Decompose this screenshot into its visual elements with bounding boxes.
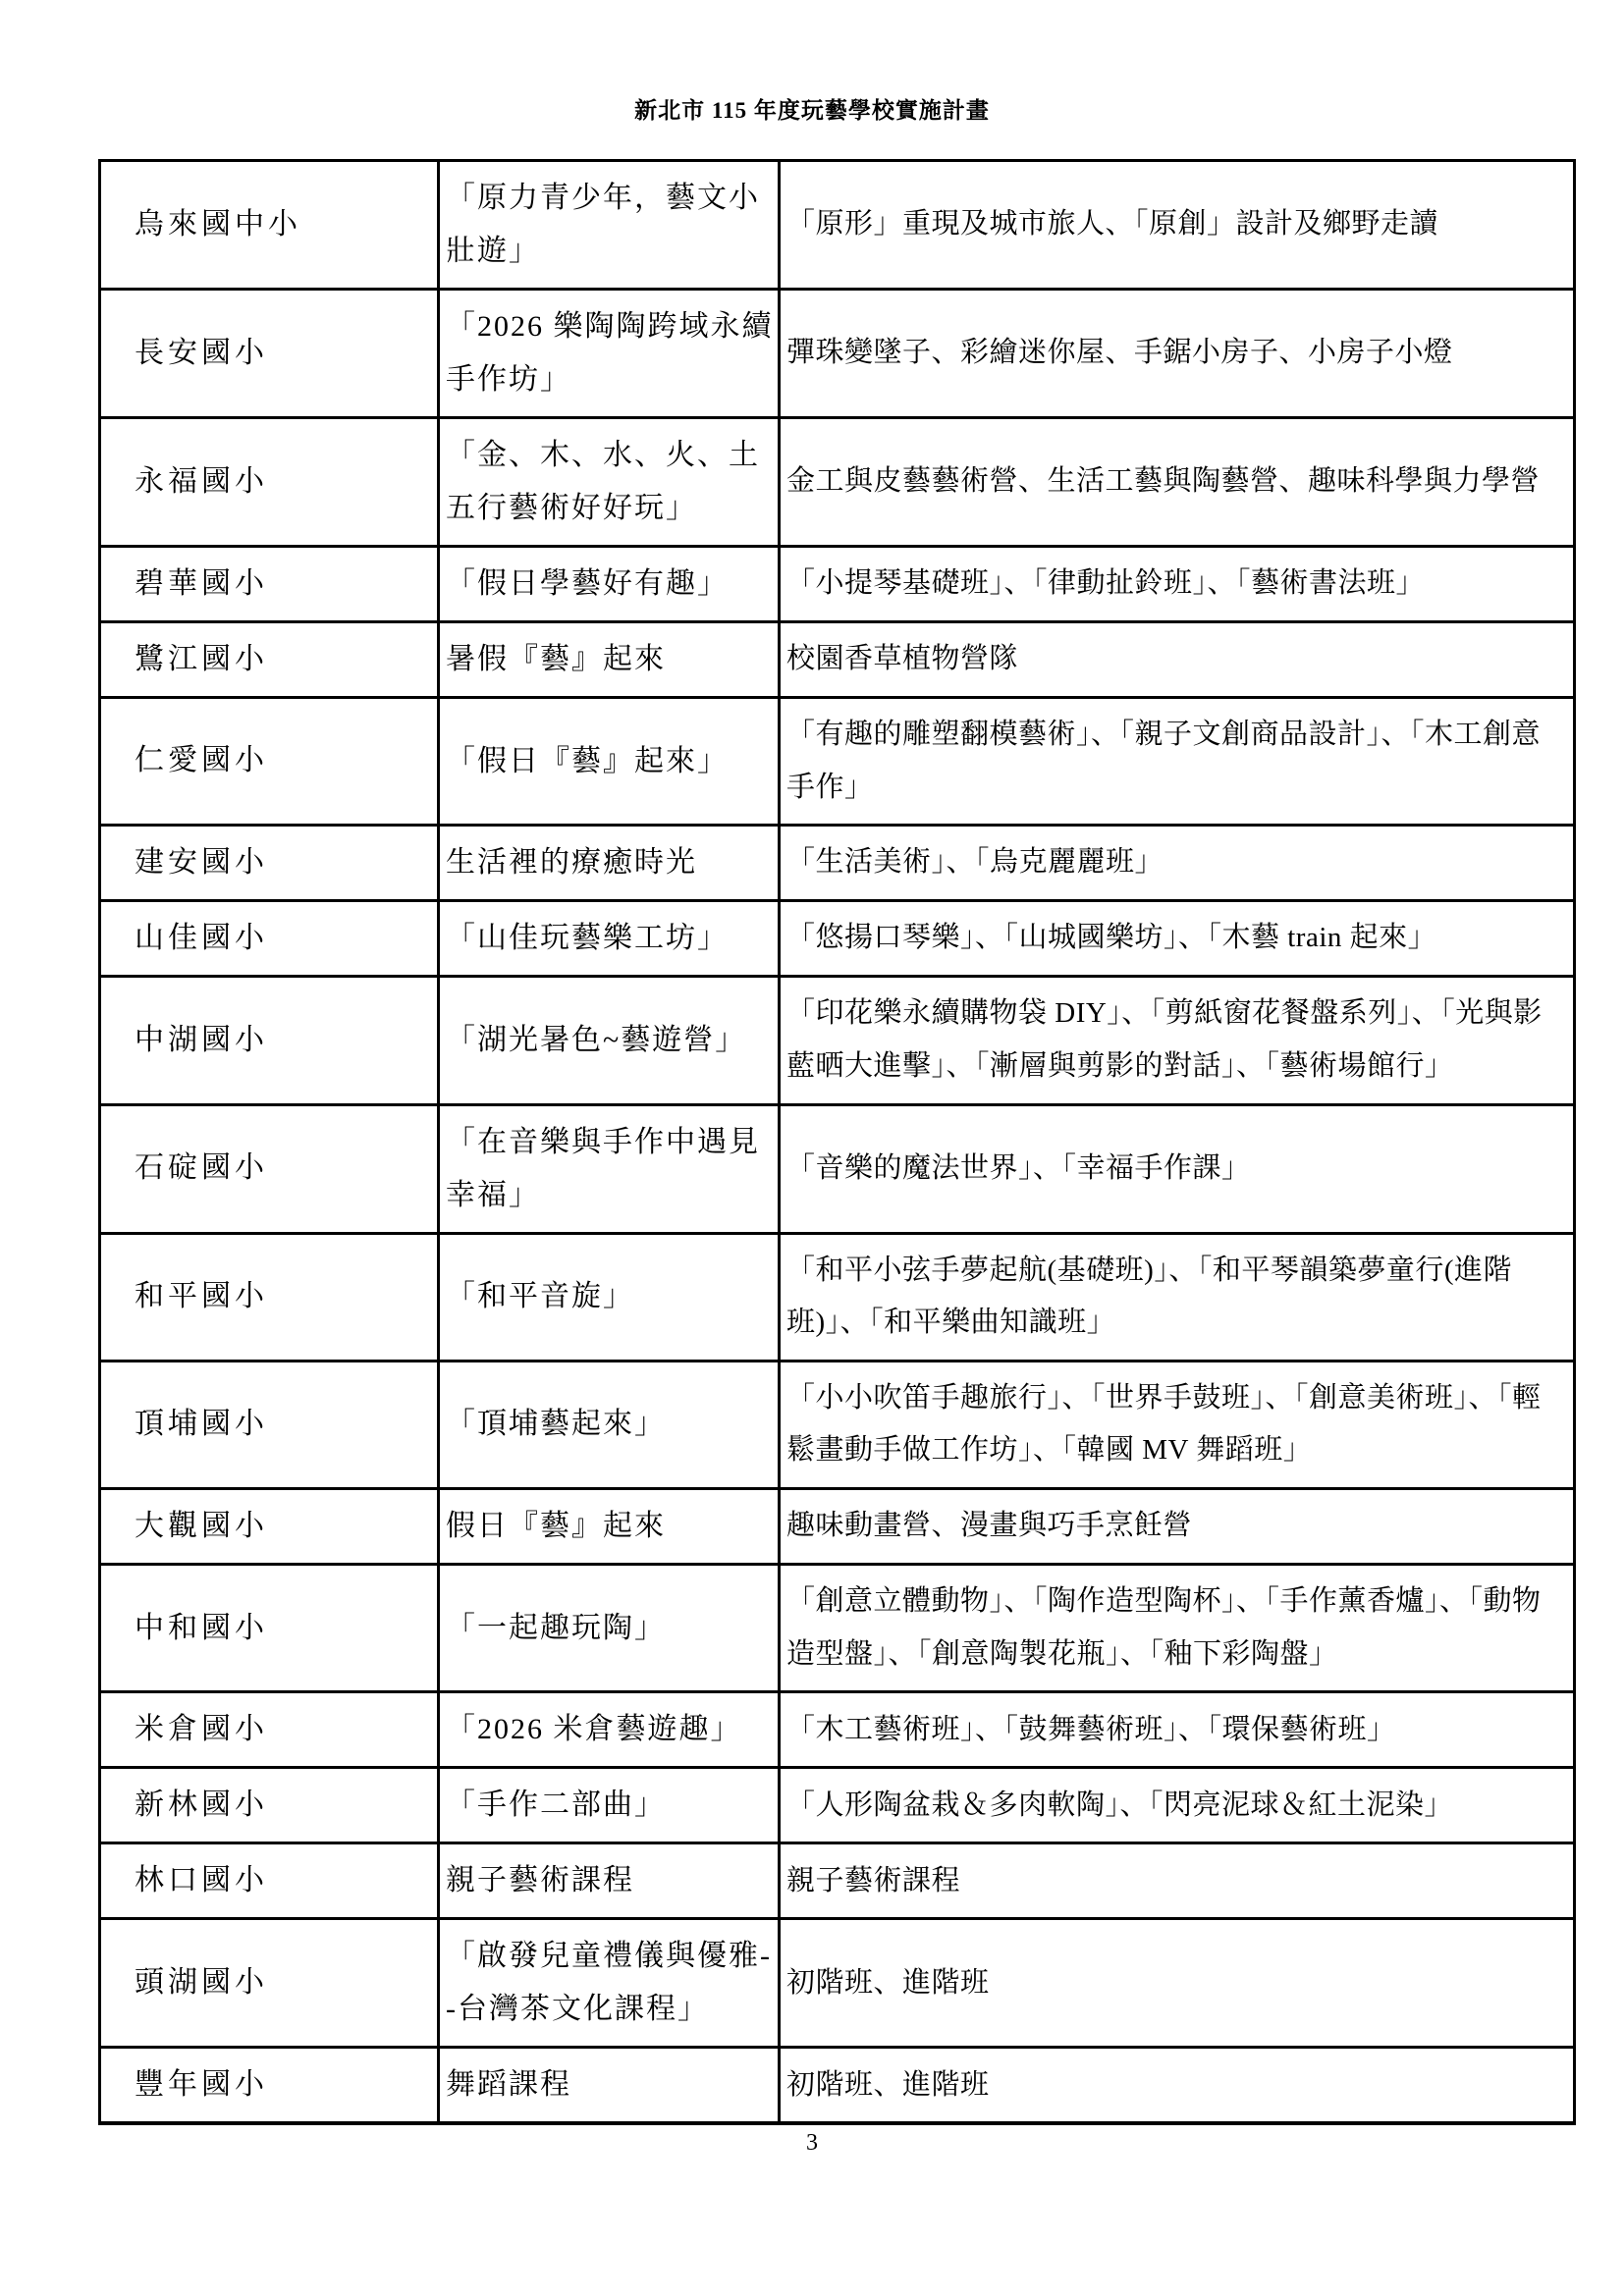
- school-cell: 林口國小: [100, 1843, 439, 1919]
- school-cell: 和平國小: [100, 1233, 439, 1361]
- school-cell: 頭湖國小: [100, 1919, 439, 2048]
- program-cell: 「山佳玩藝樂工坊」: [439, 901, 780, 977]
- page-title: 新北市 115 年度玩藝學校實施計畫: [0, 92, 1624, 125]
- program-cell: 「2026 米倉藝遊趣」: [439, 1692, 780, 1768]
- table-row: 豐年國小 舞蹈課程 初階班、進階班: [100, 2048, 1575, 2124]
- program-cell: 「在音樂與手作中遇見幸福」: [439, 1104, 780, 1233]
- table-row: 中湖國小 「湖光暑色~藝遊營」 「印花樂永續購物袋 DIY」、「剪紙窗花餐盤系列…: [100, 977, 1575, 1104]
- school-cell: 豐年國小: [100, 2048, 439, 2124]
- courses-cell: 彈珠變墜子、彩繪迷你屋、手鋸小房子、小房子小燈: [780, 290, 1575, 418]
- school-cell: 頂埔國小: [100, 1361, 439, 1488]
- courses-cell: 「創意立體動物」、「陶作造型陶杯」、「手作薰香爐」、「動物造型盤」、「創意陶製花…: [780, 1565, 1575, 1692]
- program-cell: 「和平音旋」: [439, 1233, 780, 1361]
- table-row: 仁愛國小 「假日『藝』起來」 「有趣的雕塑翻模藝術」、「親子文創商品設計」、「木…: [100, 698, 1575, 826]
- school-cell: 建安國小: [100, 826, 439, 901]
- school-cell: 中和國小: [100, 1565, 439, 1692]
- courses-cell: 校園香草植物營隊: [780, 622, 1575, 698]
- program-cell: 假日『藝』起來: [439, 1489, 780, 1565]
- courses-cell: 「悠揚口琴樂」、「山城國樂坊」、「木藝 train 起來」: [780, 901, 1575, 977]
- table-row: 米倉國小 「2026 米倉藝遊趣」 「木工藝術班」、「鼓舞藝術班」、「環保藝術班…: [100, 1692, 1575, 1768]
- school-cell: 碧華國小: [100, 547, 439, 622]
- courses-cell: 「人形陶盆栽＆多肉軟陶」、「閃亮泥球＆紅土泥染」: [780, 1768, 1575, 1843]
- table-row: 頭湖國小 「啟發兒童禮儀與優雅--台灣茶文化課程」 初階班、進階班: [100, 1919, 1575, 2048]
- courses-cell: 初階班、進階班: [780, 1919, 1575, 2048]
- program-cell: 「金、木、水、火、土五行藝術好好玩」: [439, 418, 780, 547]
- courses-cell: 金工與皮藝藝術營、生活工藝與陶藝營、趣味科學與力學營: [780, 418, 1575, 547]
- school-cell: 石碇國小: [100, 1104, 439, 1233]
- table-row: 林口國小 親子藝術課程 親子藝術課程: [100, 1843, 1575, 1919]
- school-cell: 新林國小: [100, 1768, 439, 1843]
- courses-cell: 初階班、進階班: [780, 2048, 1575, 2124]
- school-cell: 中湖國小: [100, 977, 439, 1104]
- courses-cell: 「音樂的魔法世界」、「幸福手作課」: [780, 1104, 1575, 1233]
- school-cell: 山佳國小: [100, 901, 439, 977]
- program-cell: 「頂埔藝起來」: [439, 1361, 780, 1488]
- program-cell: 「手作二部曲」: [439, 1768, 780, 1843]
- courses-cell: 「和平小弦手夢起航(基礎班)」、「和平琴韻築夢童行(進階班)」、「和平樂曲知識班…: [780, 1233, 1575, 1361]
- table-row: 頂埔國小 「頂埔藝起來」 「小小吹笛手趣旅行」、「世界手鼓班」、「創意美術班」、…: [100, 1361, 1575, 1488]
- program-cell: 「啟發兒童禮儀與優雅--台灣茶文化課程」: [439, 1919, 780, 2048]
- school-cell: 鷺江國小: [100, 622, 439, 698]
- table-row: 大觀國小 假日『藝』起來 趣味動畫營、漫畫與巧手烹飪營: [100, 1489, 1575, 1565]
- schedule-table: 烏來國中小 「原力青少年，藝文小壯遊」 「原形」重現及城市旅人、「原創」設計及鄉…: [98, 159, 1576, 2125]
- program-cell: 暑假『藝』起來: [439, 622, 780, 698]
- page-number: 3: [0, 2130, 1624, 2157]
- program-cell: 「假日學藝好有趣」: [439, 547, 780, 622]
- program-cell: 生活裡的療癒時光: [439, 826, 780, 901]
- table-row: 山佳國小 「山佳玩藝樂工坊」 「悠揚口琴樂」、「山城國樂坊」、「木藝 train…: [100, 901, 1575, 977]
- table-row: 鷺江國小 暑假『藝』起來 校園香草植物營隊: [100, 622, 1575, 698]
- schedule-table-body: 烏來國中小 「原力青少年，藝文小壯遊」 「原形」重現及城市旅人、「原創」設計及鄉…: [100, 161, 1575, 2124]
- courses-cell: 「生活美術」、「烏克麗麗班」: [780, 826, 1575, 901]
- courses-cell: 「小小吹笛手趣旅行」、「世界手鼓班」、「創意美術班」、「輕鬆畫動手做工作坊」、「…: [780, 1361, 1575, 1488]
- school-cell: 長安國小: [100, 290, 439, 418]
- table-row: 建安國小 生活裡的療癒時光 「生活美術」、「烏克麗麗班」: [100, 826, 1575, 901]
- table-row: 石碇國小 「在音樂與手作中遇見幸福」 「音樂的魔法世界」、「幸福手作課」: [100, 1104, 1575, 1233]
- table-row: 中和國小 「一起趣玩陶」 「創意立體動物」、「陶作造型陶杯」、「手作薰香爐」、「…: [100, 1565, 1575, 1692]
- table-row: 碧華國小 「假日學藝好有趣」 「小提琴基礎班」、「律動扯鈴班」、「藝術書法班」: [100, 547, 1575, 622]
- school-cell: 仁愛國小: [100, 698, 439, 826]
- courses-cell: 「印花樂永續購物袋 DIY」、「剪紙窗花餐盤系列」、「光與影藍晒大進擊」、「漸層…: [780, 977, 1575, 1104]
- courses-cell: 「木工藝術班」、「鼓舞藝術班」、「環保藝術班」: [780, 1692, 1575, 1768]
- program-cell: 親子藝術課程: [439, 1843, 780, 1919]
- table-row: 和平國小 「和平音旋」 「和平小弦手夢起航(基礎班)」、「和平琴韻築夢童行(進階…: [100, 1233, 1575, 1361]
- program-cell: 「一起趣玩陶」: [439, 1565, 780, 1692]
- courses-cell: 「有趣的雕塑翻模藝術」、「親子文創商品設計」、「木工創意手作」: [780, 698, 1575, 826]
- program-cell: 舞蹈課程: [439, 2048, 780, 2124]
- school-cell: 大觀國小: [100, 1489, 439, 1565]
- courses-cell: 「原形」重現及城市旅人、「原創」設計及鄉野走讀: [780, 161, 1575, 290]
- school-cell: 米倉國小: [100, 1692, 439, 1768]
- table-row: 烏來國中小 「原力青少年，藝文小壯遊」 「原形」重現及城市旅人、「原創」設計及鄉…: [100, 161, 1575, 290]
- courses-cell: 「小提琴基礎班」、「律動扯鈴班」、「藝術書法班」: [780, 547, 1575, 622]
- program-cell: 「湖光暑色~藝遊營」: [439, 977, 780, 1104]
- program-cell: 「假日『藝』起來」: [439, 698, 780, 826]
- program-cell: 「2026 樂陶陶跨域永續手作坊」: [439, 290, 780, 418]
- program-cell: 「原力青少年，藝文小壯遊」: [439, 161, 780, 290]
- school-cell: 永福國小: [100, 418, 439, 547]
- table-row: 長安國小 「2026 樂陶陶跨域永續手作坊」 彈珠變墜子、彩繪迷你屋、手鋸小房子…: [100, 290, 1575, 418]
- table-row: 永福國小 「金、木、水、火、土五行藝術好好玩」 金工與皮藝藝術營、生活工藝與陶藝…: [100, 418, 1575, 547]
- school-cell: 烏來國中小: [100, 161, 439, 290]
- courses-cell: 趣味動畫營、漫畫與巧手烹飪營: [780, 1489, 1575, 1565]
- courses-cell: 親子藝術課程: [780, 1843, 1575, 1919]
- table-row: 新林國小 「手作二部曲」 「人形陶盆栽＆多肉軟陶」、「閃亮泥球＆紅土泥染」: [100, 1768, 1575, 1843]
